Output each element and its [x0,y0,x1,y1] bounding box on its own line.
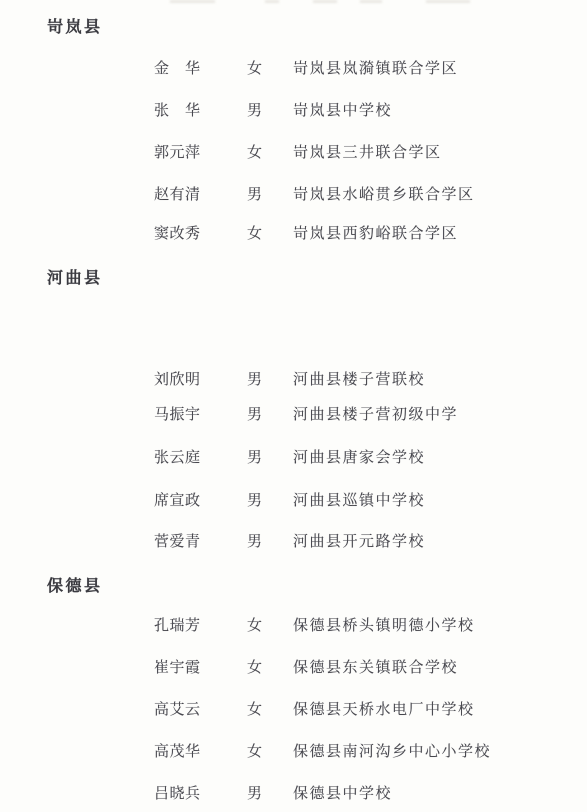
person-name: 刘欣明 [154,368,201,389]
table-row: 张 华 男 岢岚县中学校 [0,99,587,116]
school-name: 岢岚县岚漪镇联合学区 [293,57,458,78]
school-name: 岢岚县水峪贯乡联合学区 [293,183,475,204]
school-name: 河曲县楼子营联校 [293,368,425,389]
table-row: 赵有清 男 岢岚县水峪贯乡联合学区 [0,183,587,200]
table-row: 菅爱青 男 河曲县开元路学校 [0,530,587,547]
table-row: 崔宇霞 女 保德县东关镇联合学校 [0,656,587,673]
person-name: 崔宇霞 [154,656,201,677]
gender: 女 [247,141,262,162]
school-name: 岢岚县中学校 [293,99,392,120]
school-name: 河曲县楼子营初级中学 [293,403,458,424]
person-name: 菅爱青 [154,530,201,551]
gender: 男 [247,782,262,803]
gender: 男 [247,489,262,510]
clipped-text-artifact [360,0,382,3]
gender: 女 [247,698,262,719]
gender: 男 [247,368,262,389]
gender: 女 [247,740,262,761]
table-row: 席宣政 男 河曲县巡镇中学校 [0,489,587,506]
table-row: 张云庭 男 河曲县唐家会学校 [0,446,587,463]
table-row: 金 华 女 岢岚县岚漪镇联合学区 [0,57,587,74]
county-header: 岢岚县 [47,14,103,37]
person-name: 高茂华 [154,740,201,761]
school-name: 保德县中学校 [293,782,392,803]
gender: 女 [247,222,262,243]
person-name: 张云庭 [154,446,201,467]
person-name: 席宣政 [154,489,201,510]
gender: 男 [247,446,262,467]
school-name: 保德县桥头镇明德小学校 [293,614,475,635]
county-header: 河曲县 [47,265,103,288]
school-name: 河曲县巡镇中学校 [293,489,425,510]
school-name: 岢岚县西豹峪联合学区 [293,222,458,243]
school-name: 保德县南河沟乡中心小学校 [293,740,491,761]
person-name: 马振宇 [154,403,201,424]
gender: 女 [247,656,262,677]
person-name: 赵有清 [154,183,201,204]
gender: 女 [247,614,262,635]
gender: 男 [247,530,262,551]
table-row: 高艾云 女 保德县天桥水电厂中学校 [0,698,587,715]
clipped-text-artifact [426,0,470,3]
person-name: 高艾云 [154,698,201,719]
table-row: 孔瑞芳 女 保德县桥头镇明德小学校 [0,614,587,631]
table-row: 刘欣明 男 河曲县楼子营联校 [0,368,587,385]
school-name: 保德县天桥水电厂中学校 [293,698,475,719]
person-name: 郭元萍 [154,141,201,162]
school-name: 河曲县唐家会学校 [293,446,425,467]
table-row: 窦改秀 女 岢岚县西豹峪联合学区 [0,222,587,239]
school-name: 河曲县开元路学校 [293,530,425,551]
person-name: 吕晓兵 [154,782,201,803]
table-row: 马振宇 男 河曲县楼子营初级中学 [0,403,587,420]
gender: 女 [247,57,262,78]
school-name: 岢岚县三井联合学区 [293,141,442,162]
table-row: 高茂华 女 保德县南河沟乡中心小学校 [0,740,587,757]
clipped-text-artifact [265,0,279,3]
gender: 男 [247,403,262,424]
table-row: 郭元萍 女 岢岚县三井联合学区 [0,141,587,158]
clipped-text-artifact [170,0,215,3]
document-page: 岢岚县 金 华 女 岢岚县岚漪镇联合学区 张 华 男 岢岚县中学校 郭元萍 女 … [0,0,587,812]
clipped-text-artifact [313,0,337,3]
gender: 男 [247,99,262,120]
person-name: 孔瑞芳 [154,614,201,635]
person-name: 金 华 [154,57,201,78]
person-name: 张 华 [154,99,201,120]
school-name: 保德县东关镇联合学校 [293,656,458,677]
gender: 男 [247,183,262,204]
person-name: 窦改秀 [154,222,201,243]
table-row: 吕晓兵 男 保德县中学校 [0,782,587,799]
county-header: 保德县 [47,573,103,596]
